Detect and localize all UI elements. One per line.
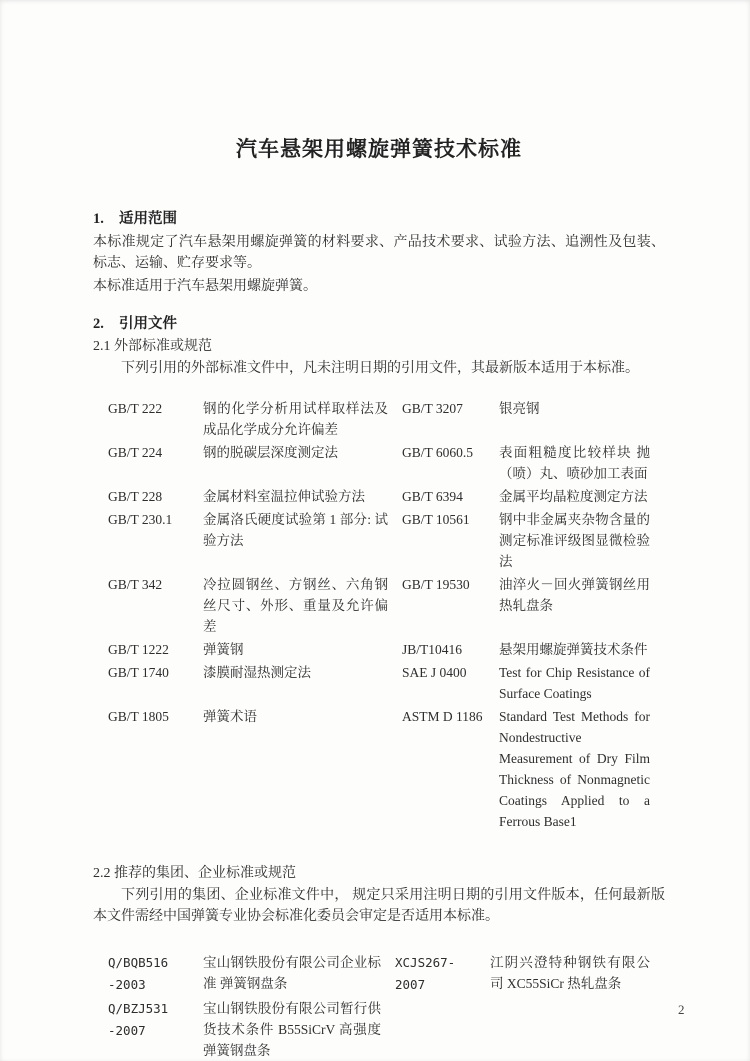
page-number: 2 [678, 1002, 685, 1018]
standard-code: GB/T 19530 [402, 573, 499, 638]
company-standards-table: Q/BQB516 -2003 宝山钢铁股份有限公司企业标准 弹簧钢盘条 XCJS… [108, 951, 664, 1061]
standard-code: GB/T 228 [108, 485, 203, 508]
standard-code: GB/T 1805 [108, 705, 203, 833]
standard-code: Q/BQB516 -2003 [108, 951, 203, 997]
section-2-title: 引用文件 [119, 316, 177, 332]
standard-desc: 漆膜耐湿热测定法 [203, 661, 402, 705]
company-standards-intro: 下列引用的集团、企业标准文件中， 规定只采用注明日期的引用文件版本，任何最新版本… [93, 885, 665, 927]
standard-desc: 弹簧术语 [203, 705, 402, 833]
external-standards-table: GB/T 222 钢的化学分析用试样取样法及成品化学成分允许偏差 GB/T 32… [108, 397, 664, 833]
external-standards-subheading: 2.1 外部标准或规范 [93, 336, 665, 357]
standard-desc: 钢的化学分析用试样取样法及成品化学成分允许偏差 [203, 397, 402, 441]
section-2-number: 2. [93, 313, 119, 335]
standard-code: GB/T 230.1 [108, 508, 203, 573]
standard-code: GB/T 10561 [402, 508, 499, 573]
standard-code: Q/BZJ531 -2007 [108, 997, 203, 1061]
page-content: 汽车悬架用螺旋弹簧技术标准 1.适用范围 本标准规定了汽车悬架用螺旋弹簧的材料要… [0, 0, 750, 1061]
scope-paragraph-1: 本标准规定了汽车悬架用螺旋弹簧的材料要求、产品技术要求、试验方法、追溯性及包装、… [93, 232, 665, 274]
standard-code: GB/T 1740 [108, 661, 203, 705]
standard-desc: 银亮钢 [499, 397, 664, 441]
section-1-heading: 1.适用范围 [93, 208, 665, 230]
standard-desc: 金属平均晶粒度测定方法 [499, 485, 664, 508]
standard-desc: 冷拉圆钢丝、方钢丝、六角钢丝尺寸、外形、重量及允许偏差 [203, 573, 402, 638]
standard-row: GB/T 1805 弹簧术语 ASTM D 1186 Standard Test… [108, 705, 664, 833]
document-page: 汽车悬架用螺旋弹簧技术标准 1.适用范围 本标准规定了汽车悬架用螺旋弹簧的材料要… [0, 0, 750, 1061]
standard-desc: 弹簧钢 [203, 638, 402, 661]
standard-row: GB/T 1222 弹簧钢 JB/T10416 悬架用螺旋弹簧技术条件 [108, 638, 664, 661]
standard-code: GB/T 6394 [402, 485, 499, 508]
standard-code: SAE J 0400 [402, 661, 499, 705]
standard-desc: 悬架用螺旋弹簧技术条件 [499, 638, 664, 661]
section-1-number: 1. [93, 208, 119, 230]
standard-code: GB/T 6060.5 [402, 441, 499, 485]
scope-paragraph-2: 本标准适用于汽车悬架用螺旋弹簧。 [93, 276, 665, 297]
standard-desc: Standard Test Methods for Nondestructive… [499, 705, 664, 833]
standard-code: GB/T 1222 [108, 638, 203, 661]
standard-code [395, 997, 490, 1061]
standard-desc: 金属洛氏硬度试验第 1 部分: 试验方法 [203, 508, 402, 573]
standard-desc: 宝山钢铁股份有限公司企业标准 弹簧钢盘条 [203, 951, 395, 997]
standard-desc: 钢的脱碳层深度测定法 [203, 441, 402, 485]
standard-row: GB/T 342 冷拉圆钢丝、方钢丝、六角钢丝尺寸、外形、重量及允许偏差 GB/… [108, 573, 664, 638]
standard-code: GB/T 342 [108, 573, 203, 638]
standard-code: GB/T 3207 [402, 397, 499, 441]
standard-row: GB/T 1740 漆膜耐湿热测定法 SAE J 0400 Test for C… [108, 661, 664, 705]
standard-desc: 金属材料室温拉伸试验方法 [203, 485, 402, 508]
standard-desc: 宝山钢铁股份有限公司暂行供货技术条件 B55SiCrV 高强度弹簧钢盘条 [203, 997, 395, 1061]
standard-desc [490, 997, 664, 1061]
standard-row: Q/BZJ531 -2007 宝山钢铁股份有限公司暂行供货技术条件 B55SiC… [108, 997, 664, 1061]
standard-code: XCJS267-2007 [395, 951, 490, 997]
standard-desc: Test for Chip Resistance of Surface Coat… [499, 661, 664, 705]
standard-row: GB/T 222 钢的化学分析用试样取样法及成品化学成分允许偏差 GB/T 32… [108, 397, 664, 441]
standard-code: GB/T 224 [108, 441, 203, 485]
section-2-heading: 2.引用文件 [93, 313, 665, 335]
standard-code: ASTM D 1186 [402, 705, 499, 833]
standard-row: GB/T 224 钢的脱碳层深度测定法 GB/T 6060.5 表面粗糙度比较样… [108, 441, 664, 485]
standard-desc: 钢中非金属夹杂物含量的测定标准评级图显微检验法 [499, 508, 664, 573]
company-standards-subheading: 2.2 推荐的集团、企业标准或规范 [93, 863, 665, 884]
standard-row: GB/T 230.1 金属洛氏硬度试验第 1 部分: 试验方法 GB/T 105… [108, 508, 664, 573]
external-standards-intro: 下列引用的外部标准文件中，凡未注明日期的引用文件，其最新版本适用于本标准。 [93, 358, 665, 379]
standard-desc: 表面粗糙度比较样块 抛（喷）丸、喷砂加工表面 [499, 441, 664, 485]
document-title: 汽车悬架用螺旋弹簧技术标准 [93, 134, 665, 164]
standard-desc: 油淬火－回火弹簧钢丝用热轧盘条 [499, 573, 664, 638]
section-1-title: 适用范围 [119, 211, 177, 227]
standard-code: GB/T 222 [108, 397, 203, 441]
standard-desc: 江阴兴澄特种钢铁有限公司 XC55SiCr 热轧盘条 [490, 951, 664, 997]
standard-code: JB/T10416 [402, 638, 499, 661]
standard-row: GB/T 228 金属材料室温拉伸试验方法 GB/T 6394 金属平均晶粒度测… [108, 485, 664, 508]
standard-row: Q/BQB516 -2003 宝山钢铁股份有限公司企业标准 弹簧钢盘条 XCJS… [108, 951, 664, 997]
